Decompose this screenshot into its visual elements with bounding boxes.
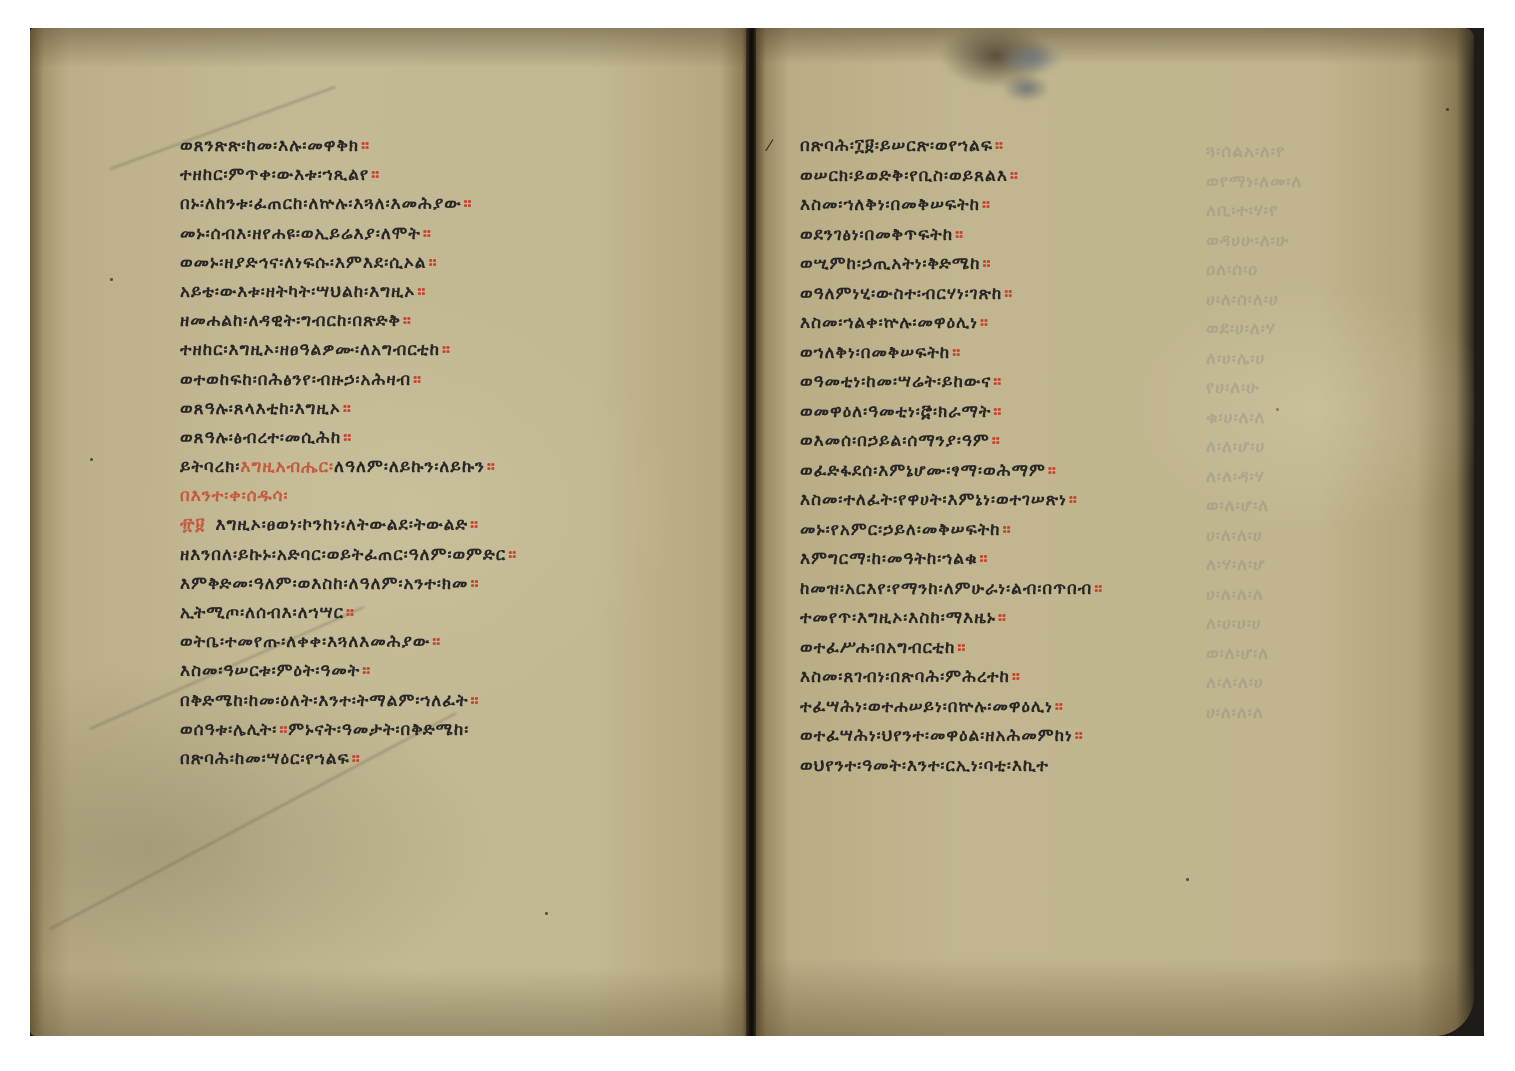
text-line: ወዓመቲነ፡ከመ፡ሣሬት፡ይከውና።	[800, 368, 1103, 398]
text-line: ወዓለምነሂ፡ውስተ፡ብርሃነ፡ገጽከ።	[800, 280, 1103, 310]
psalm-numeral: ፹፱	[180, 515, 205, 535]
full-stop: ።	[1075, 726, 1084, 746]
full-stop: ።	[993, 372, 1002, 392]
full-stop: ።	[1004, 284, 1013, 304]
manuscript-spread: ወጸንጽጽ፡ከመ፡እሉ፡መዋቅክ። ተዘከር፡ምጥቀ፡ውእቱ፡ኀጺልየ። በኑ፡…	[30, 28, 1484, 1036]
text-line-with-rubric: ይትባረክ፡እግዚአብሔር፡ለዓለም፡ለይኩን፡ለይኩን።	[180, 453, 517, 482]
text-line: ተፈሣሕነ፡ወተሐሠይነ፡በኵሉ፡መዋዕሊነ።	[800, 693, 1103, 723]
full-stop: ።	[346, 603, 355, 623]
text-line: ዘእንበለ፡ይኩኑ፡አድባር፡ወይትፈጠር፡ዓለም፡ወምድር።	[180, 541, 517, 570]
text-line: መኑ፡የአምር፡ኃይለ፡መቅሠፍትከ።	[800, 516, 1103, 546]
full-stop: ።	[487, 457, 496, 477]
full-stop: ።	[980, 549, 989, 569]
full-stop: ።	[413, 370, 422, 390]
full-stop: ።	[508, 545, 517, 565]
text-line: ወኀለቅነ፡በመቅሠፍትከ።	[800, 339, 1103, 369]
full-stop: ።	[352, 749, 361, 769]
text-line: ወሠርክ፡ይወድቅ፡የቢስ፡ወይጸልእ።	[800, 162, 1103, 192]
text-line: ተመየጥ፡እግዚኦ፡እስከ፡ማእዜኑ።	[800, 604, 1103, 634]
full-stop: ።	[1069, 490, 1078, 510]
text-line: እስመ፡ኀልቀ፡ኵሉ፡መዋዕሊነ።	[800, 309, 1103, 339]
text-line: መኑ፡ሰብእ፡ዘየሐዩ፡ወኢይሬእያ፡ለሞት።	[180, 220, 517, 249]
full-stop: ።	[995, 136, 1004, 156]
text-line: ወፈድፋደሰ፡እምኔሆሙ፡ፃማ፡ወሕማም።	[800, 457, 1103, 487]
text-line: ተዘከር፡ምጥቀ፡ውእቱ፡ኀጺልየ።	[180, 161, 517, 190]
text-line: ወመኑ፡ዘያድኅና፡ለነፍሱ፡እምእደ፡ሲኦል።	[180, 249, 517, 278]
full-stop: ።	[1010, 166, 1019, 186]
text-line: ከመዝ፡አርእየ፡የማንከ፡ለምሁራነ፡ልብ፡በጥበብ።	[800, 575, 1103, 605]
full-stop: ።	[470, 515, 479, 535]
full-stop: ።	[471, 691, 480, 711]
water-stain	[936, 28, 1066, 106]
text-line: ወጸንጽጽ፡ከመ፡እሉ፡መዋቅክ።	[180, 132, 517, 161]
full-stop: ።	[371, 165, 380, 185]
rubric-heading: በእንተ፡ቀ፡ሰ‍ዱሳ፡	[180, 482, 517, 511]
full-stop: ።	[957, 638, 966, 658]
right-page: ጓ፡ሰልአ፡ለ፡የ ወየማነ፡ለመ፡ለ ለቢ፡ተ፡ሃ፡የ ወዳሀሁ፡ለ፡ሁ ዐለ…	[756, 28, 1474, 1036]
full-stop: ።	[983, 254, 992, 274]
full-stop: ።	[998, 608, 1007, 628]
text-line: አይቴ፡ውእቱ፡ዘትካት፡ሣህልከ፡እግዚኦ።	[180, 278, 517, 307]
full-stop: ።	[955, 225, 964, 245]
text-line: ኢትሚጦ፡ለሰብእ፡ለኀሣር።	[180, 599, 517, 628]
full-stop: ።	[982, 195, 991, 215]
full-stop: ።	[423, 224, 432, 244]
margin-mark: ⁄	[768, 136, 771, 155]
text-line: በጽባሕ፡ከመ፡ሣዕር፡የኀልፍ።	[180, 745, 517, 774]
text-line: ወመዋዕለ፡ዓመቲነ፡፸፡ክራማት።	[800, 398, 1103, 428]
text-line: ወደንገፅነ፡በመቅጥፍትከ።	[800, 221, 1103, 251]
text-line: እስመ፡ኀለቅነ፡በመቅሠፍትከ።	[800, 191, 1103, 221]
full-stop: ።	[361, 136, 370, 156]
text-line: እምግርማ፡ከ፡መዓትከ፡ኀልቁ።	[800, 545, 1103, 575]
text-line: እምቅድመ፡ዓለም፡ወእስከ፡ለዓለም፡አንተ፡ክመ።	[180, 570, 517, 599]
full-stop: ።	[464, 194, 473, 214]
text-line: ወሢምከ፡ኃጢአትነ፡ቅድሜከ።	[800, 250, 1103, 280]
ink-speck	[110, 278, 113, 281]
text-line: ወትቤ፡ተመየጡ፡ለቀቀ፡እጓለእመሕያው።	[180, 628, 517, 657]
text-line: ወጸዓሉ፡ጸላእቲከ፡እግዚኦ።	[180, 395, 517, 424]
full-stop: ።	[992, 431, 1001, 451]
text-line: ወሰዓቱ፡ሌሊት፡።ምኑናት፡ዓመታት፡በቅድሜከ፡	[180, 716, 517, 745]
text-line: ተዘከር፡እግዚኦ፡ዘፀዓልዎሙ፡ለአግብርቲከ።	[180, 336, 517, 365]
full-stop: ።	[1012, 667, 1021, 687]
full-stop: ።	[432, 632, 441, 652]
text-line: ወተወከፍከ፡በሕፅንየ፡ብዙኃ፡አሕዛብ።	[180, 366, 517, 395]
text-line: በጽባሕ፡፲፱፡ይሠርጽ፡ወየኀልፍ።	[800, 132, 1103, 162]
text-line: እስመ፡ተለፈት፡የዋሀት፡እምኔነ፡ወተገሠጽነ።	[800, 486, 1103, 516]
full-stop: ።	[442, 340, 451, 360]
text-line: እስመ፡ዓሠርቱ፡ምዕት፡ዓመት።	[180, 657, 517, 686]
ink-speck	[90, 458, 93, 461]
text-line: ወተፈሥሐ፡በአግብርቲከ።	[800, 634, 1103, 664]
right-page-text: በጽባሕ፡፲፱፡ይሠርጽ፡ወየኀልፍ። ወሠርክ፡ይወድቅ፡የቢስ፡ወይጸልእ።…	[800, 132, 1103, 781]
full-stop: ።	[980, 313, 989, 333]
text-line: ዘመሐልከ፡ለዳዊት፡ግብርከ፡በጽድቅ።	[180, 307, 517, 336]
text-line: በኑ፡ለከንቱ፡ፈጠርከ፡ለኵሉ፡እጓለ፡እመሕያው።	[180, 190, 517, 219]
full-stop: ።	[1094, 579, 1103, 599]
left-page: ወጸንጽጽ፡ከመ፡እሉ፡መዋቅክ። ተዘከር፡ምጥቀ፡ውእቱ፡ኀጺልየ። በኑ፡…	[30, 28, 750, 1036]
full-stop: ።	[343, 399, 352, 419]
ink-speck	[1446, 108, 1449, 111]
text-line: ወጸዓሉ፡ፅብረተ፡መሲሕከ።	[180, 424, 517, 453]
full-stop: ።	[1055, 697, 1064, 717]
left-page-text: ወጸንጽጽ፡ከመ፡እሉ፡መዋቅክ። ተዘከር፡ምጥቀ፡ውእቱ፡ኀጺልየ። በኑ፡…	[180, 132, 517, 774]
full-stop: ።	[993, 402, 1002, 422]
ink-speck	[545, 912, 548, 915]
full-stop: ።	[343, 428, 352, 448]
show-through-text: ጓ፡ሰልአ፡ለ፡የ ወየማነ፡ለመ፡ለ ለቢ፡ተ፡ሃ፡የ ወዳሀሁ፡ለ፡ሁ ዐለ…	[1206, 138, 1302, 728]
full-stop: ።	[362, 661, 371, 681]
full-stop: ።	[429, 253, 438, 273]
full-stop: ።	[952, 343, 961, 363]
psalm-start-line: ፹፱እግዚኦ፡ፀወነ፡ኮንከነ፡ለትውልደ፡ትውልድ።	[180, 511, 517, 540]
full-stop: ።	[1003, 520, 1012, 540]
text-line: እስመ፡ጸገብነ፡በጽባሕ፡ምሕረተከ።	[800, 663, 1103, 693]
ink-speck	[1186, 878, 1189, 881]
full-stop: ።	[417, 282, 426, 302]
mid-stop: ።	[279, 720, 288, 740]
full-stop: ።	[403, 311, 412, 331]
text-line: ወተፈሣሕነ፡ህየንተ፡መዋዕል፡ዘአሕመምከነ።	[800, 722, 1103, 752]
full-stop: ።	[470, 574, 479, 594]
text-line: ወህየንተ፡ዓመት፡እንተ፡ርኢነ፡ባቲ፡እኪተ	[800, 752, 1103, 782]
full-stop: ።	[1048, 461, 1057, 481]
text-line: ወእመሰ፡በኃይል፡ሰማንያ፡ዓም።	[800, 427, 1103, 457]
text-line: በቅድሜከ፡ከመ፡ዕለት፡እንተ፡ትማልም፡ኀለፈት።	[180, 687, 517, 716]
rubric-divine-name: እግዚአብሔር፡	[240, 457, 334, 477]
